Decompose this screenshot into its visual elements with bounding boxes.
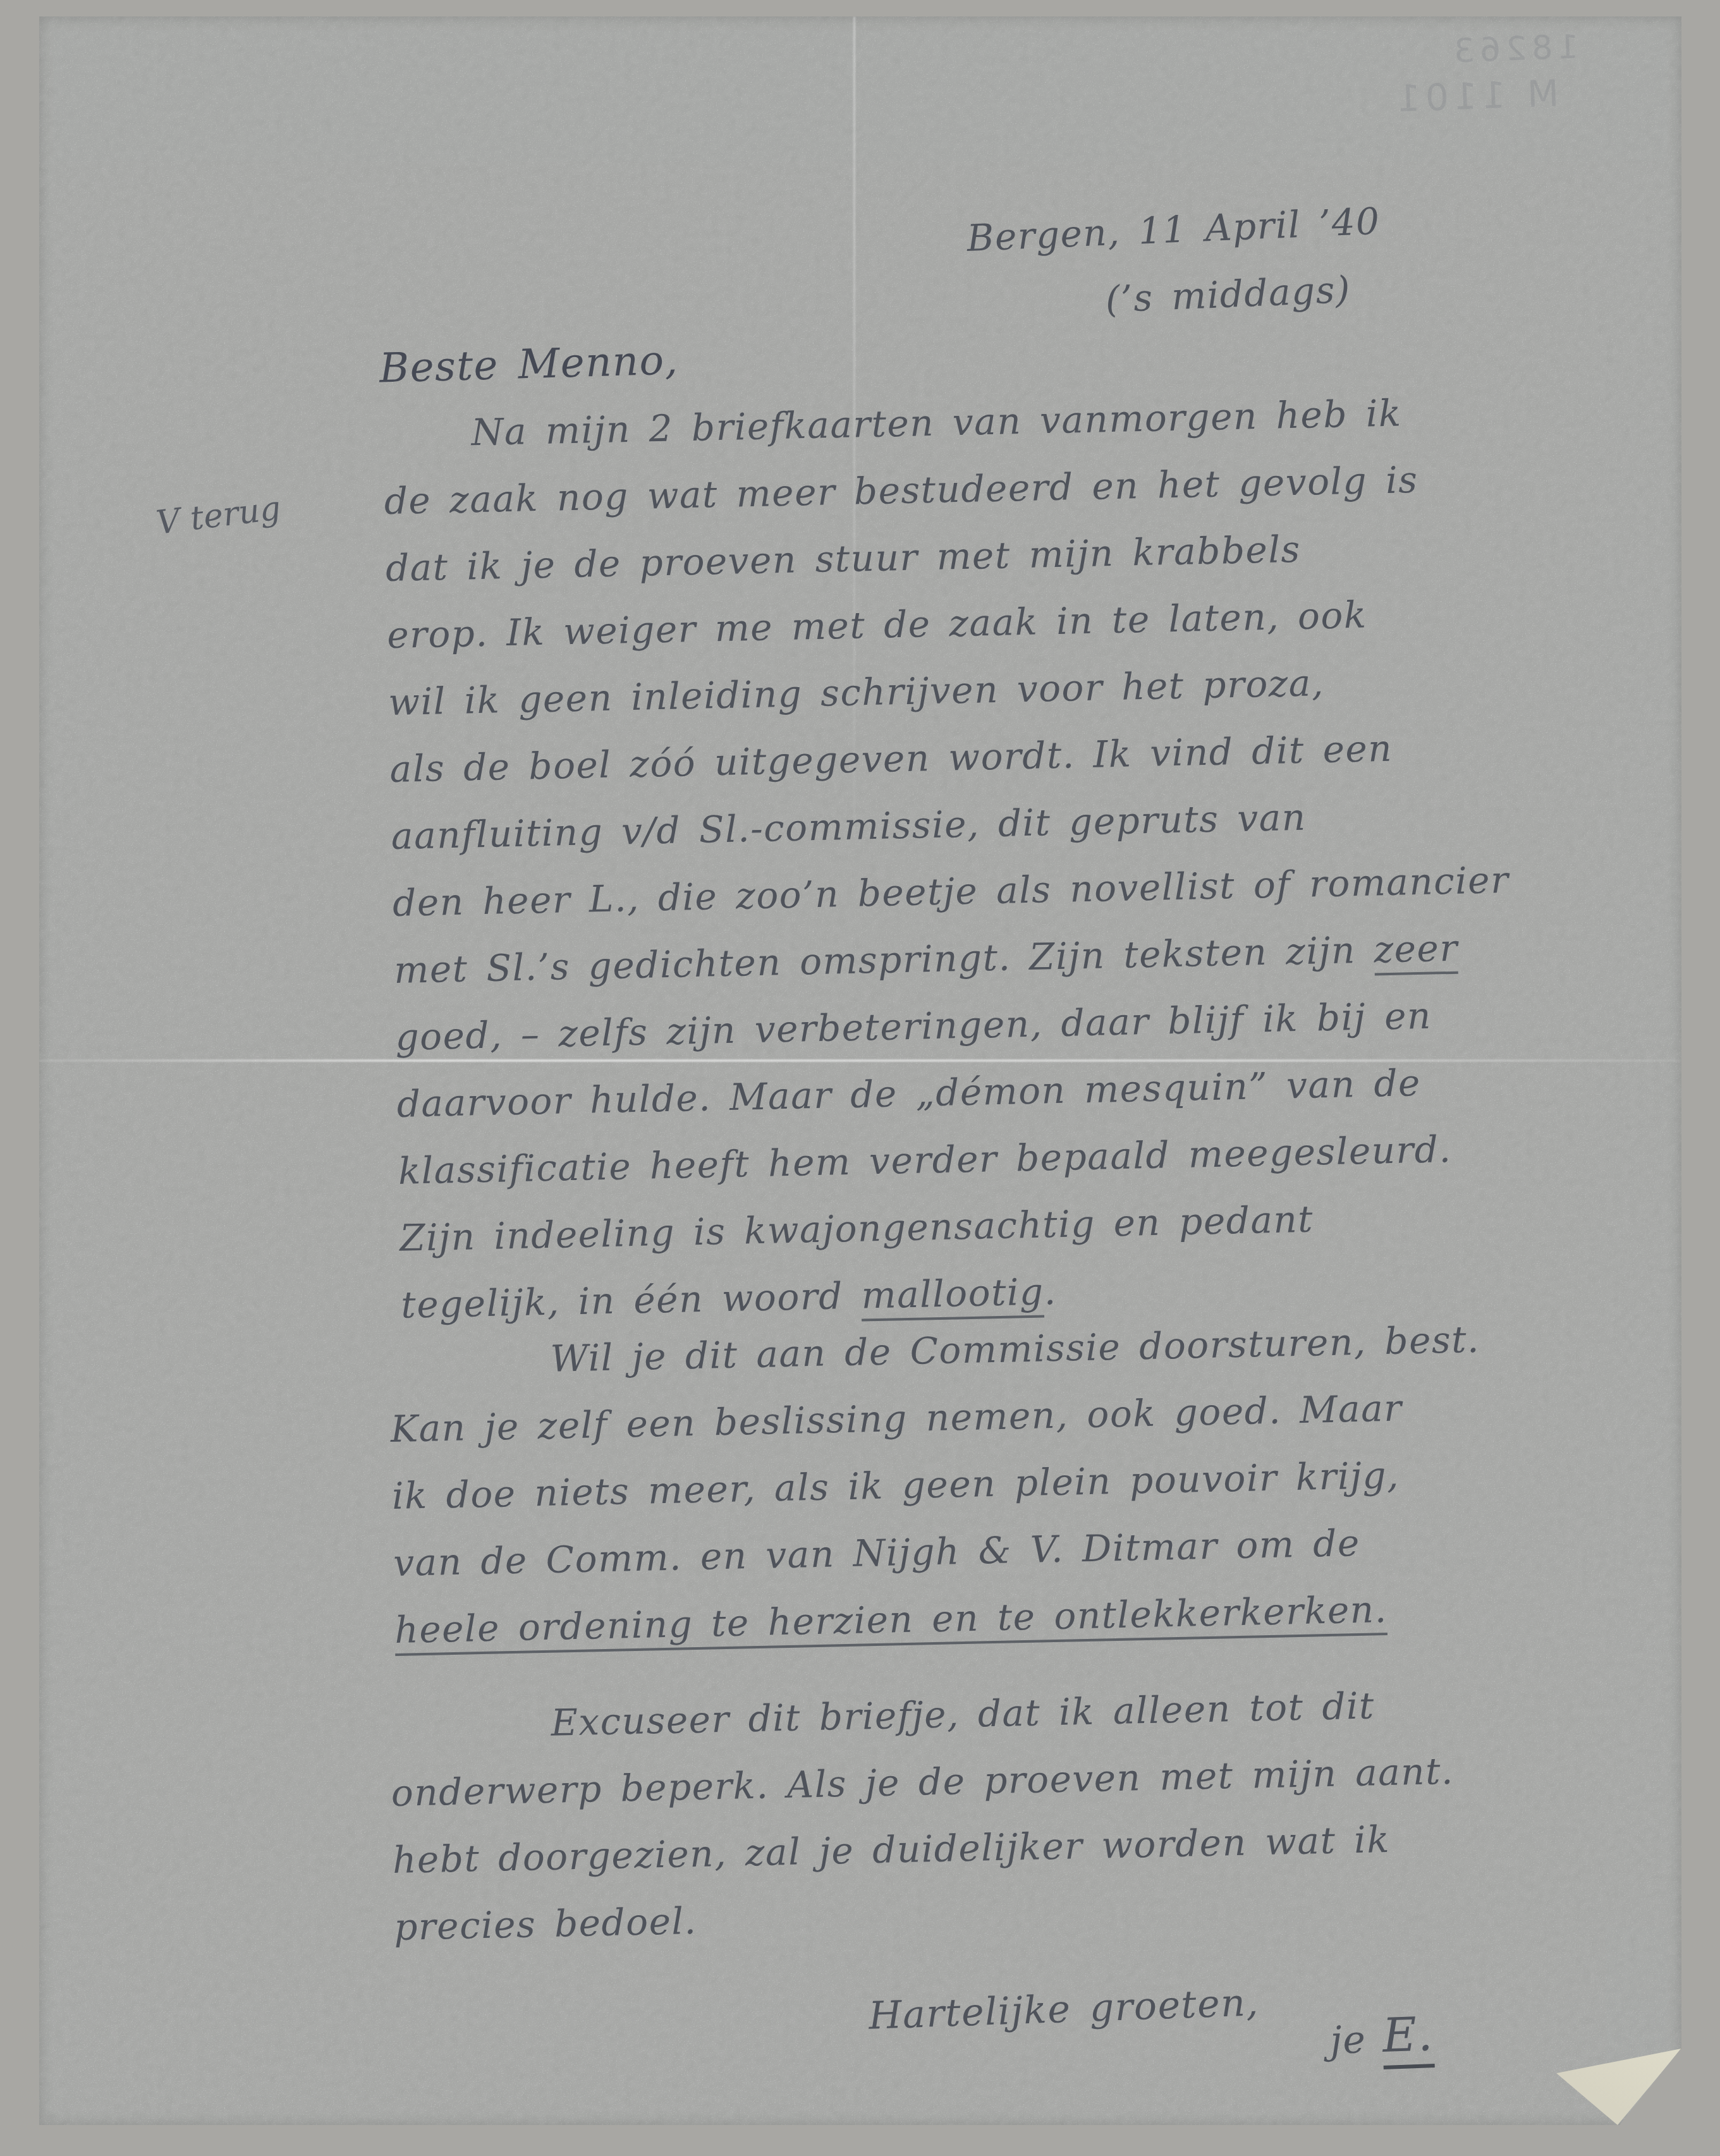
- letter-paper: 18263 M 1101 Bergen, 11 April ’40 (’s mi…: [39, 16, 1681, 2125]
- underlined-sentence: heele ordening te herzien en te ontlekke…: [394, 1588, 1388, 1656]
- paragraph-3: Excuseer dit briefje, dat ik alleen tot …: [389, 1671, 1458, 1961]
- pencil-mark-mirrored: M 1101: [1391, 71, 1559, 120]
- paragraph-2: Wil je dit aan de Commissie doorsturen, …: [388, 1306, 1485, 1664]
- scanned-letter: 18263 M 1101 Bergen, 11 April ’40 (’s mi…: [0, 0, 1720, 2156]
- signature: jeE.: [1329, 2001, 1434, 2071]
- letter-line-segment: met Sl.’s gedichten omspringt. Zijn teks…: [394, 929, 1375, 992]
- paragraph-1: Na mijn 2 briefkaarten van vanmorgen heb…: [382, 377, 1518, 1339]
- underlined-word: mallootig: [861, 1270, 1045, 1322]
- letter-line-segment: .: [1044, 1270, 1057, 1313]
- date-block: Bergen, 11 April ’40 (’s middags): [966, 188, 1384, 339]
- letter-line-segment: tegelijk, in één woord: [401, 1274, 862, 1327]
- signature-je: je: [1329, 2018, 1367, 2063]
- pencil-mark-mirrored: 18263: [1448, 28, 1579, 70]
- closing: Hartelijke groeten,: [867, 1969, 1260, 2049]
- signature-initial: E.: [1382, 2007, 1435, 2069]
- underlined-word: zeer: [1374, 927, 1458, 976]
- salutation: Beste Menno,: [379, 327, 680, 402]
- margin-note: V terug: [154, 489, 283, 542]
- folded-corner: [1546, 1995, 1681, 2125]
